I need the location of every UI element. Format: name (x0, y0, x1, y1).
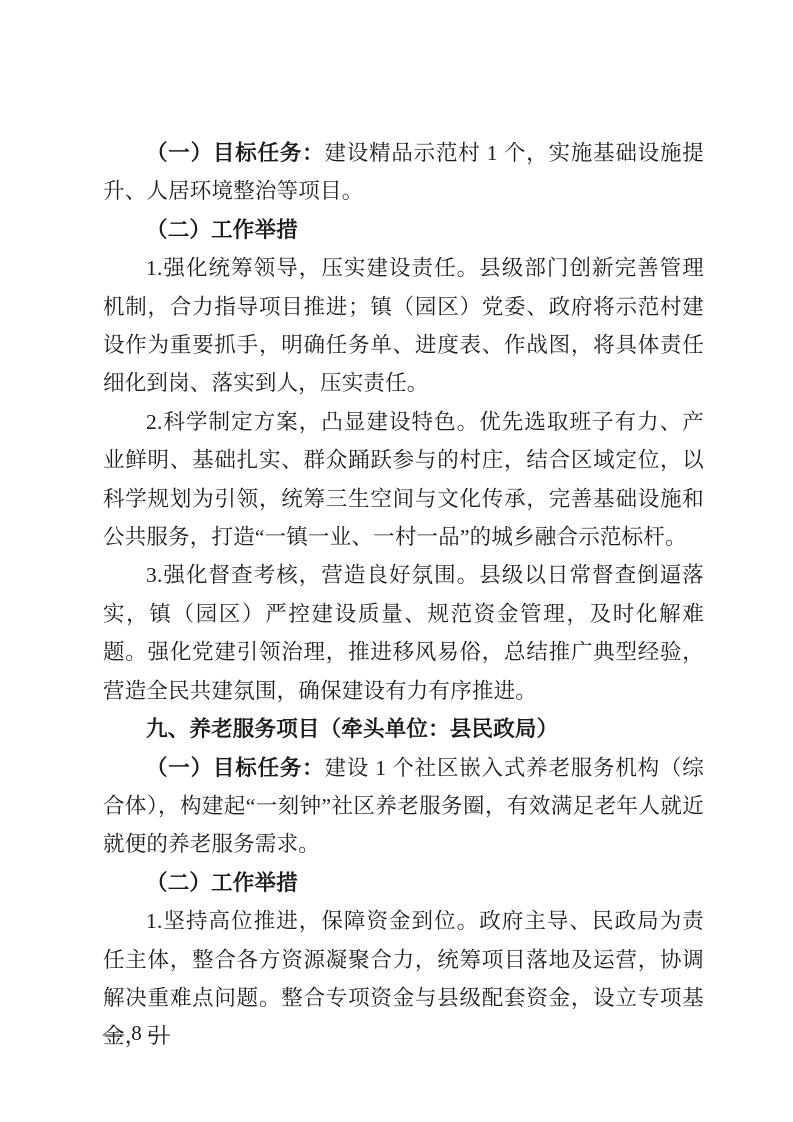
paragraph-text: 3.强化督查考核，营造良好氛围。县级以日常督查倒逼落实，镇（园区）严控建设质量、… (103, 563, 704, 702)
body-paragraph: 1.坚持高位推进，保障资金到位。政府主导、民政局为责任主体，整合各方资源凝聚合力… (103, 902, 704, 1056)
subsection-heading-paragraph: （一）目标任务：建设 1 个社区嵌入式养老服务机构（综合体），构建起“一刻钟”社… (103, 749, 704, 864)
paragraph-text: 1.强化统筹领导，压实建设责任。县级部门创新完善管理机制，合力指导项目推进；镇（… (103, 256, 704, 395)
paragraph-text: 1.坚持高位推进，保障资金到位。政府主导、民政局为责任主体，整合各方资源凝聚合力… (103, 909, 704, 1048)
body-paragraph: 2.科学制定方案，凸显建设特色。优先选取班子有力、产业鲜明、基础扎实、群众踊跃参… (103, 403, 704, 557)
paragraph-lead-label: （一）目标任务： (146, 141, 324, 165)
document-page: （一）目标任务：建设精品示范村 1 个，实施基础设施提升、人居环境整治等项目。（… (0, 0, 793, 1122)
paragraph-text: 2.科学制定方案，凸显建设特色。优先选取班子有力、产业鲜明、基础扎实、群众踊跃参… (103, 410, 704, 549)
page-footer: — 8 — (103, 1021, 171, 1045)
subsection-heading-paragraph: （一）目标任务：建设精品示范村 1 个，实施基础设施提升、人居环境整治等项目。 (103, 134, 704, 211)
subsection-heading-paragraph: （二）工作举措 (103, 211, 704, 249)
paragraph-lead-label: （二）工作举措 (146, 218, 298, 242)
paragraph-lead-label: （二）工作举措 (146, 871, 298, 895)
paragraph-lead-label: （一）目标任务： (146, 756, 324, 780)
document-body: （一）目标任务：建设精品示范村 1 个，实施基础设施提升、人居环境整治等项目。（… (103, 134, 704, 1056)
page-number: — 8 — (103, 1021, 171, 1045)
body-paragraph: 1.强化统筹领导，压实建设责任。县级部门创新完善管理机制，合力指导项目推进；镇（… (103, 249, 704, 403)
paragraph-text: 九、养老服务项目（牵头单位：县民政局） (146, 717, 558, 741)
subsection-heading-paragraph: （二）工作举措 (103, 864, 704, 902)
section-heading: 九、养老服务项目（牵头单位：县民政局） (103, 710, 704, 748)
body-paragraph: 3.强化督查考核，营造良好氛围。县级以日常督查倒逼落实，镇（园区）严控建设质量、… (103, 556, 704, 710)
